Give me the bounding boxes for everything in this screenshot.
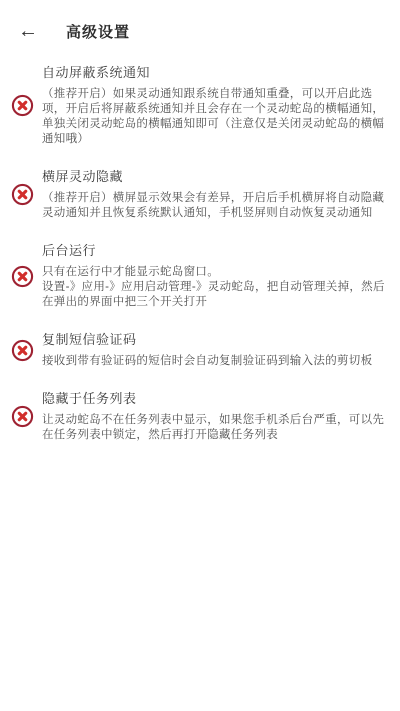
setting-title: 隐藏于任务列表 [42, 390, 388, 407]
setting-description: （推荐开启）如果灵动通知跟系统自带通知重叠，可以开启此选项，开启后将屏蔽系统通知… [42, 87, 388, 147]
setting-title: 复制短信验证码 [42, 331, 388, 348]
setting-description: 让灵动蛇岛不在任务列表中显示，如果您手机杀后台严重，可以先在任务列表中锁定，然后… [42, 413, 388, 443]
setting-title: 自动屏蔽系统通知 [42, 64, 388, 81]
setting-title: 横屏灵动隐藏 [42, 168, 388, 185]
setting-item-hide-from-recents[interactable]: 隐藏于任务列表 让灵动蛇岛不在任务列表中显示，如果您手机杀后台严重，可以先在任务… [0, 390, 400, 443]
setting-item-copy-sms-code[interactable]: 复制短信验证码 接收到带有验证码的短信时会自动复制验证码到输入法的剪切板 [0, 331, 400, 369]
setting-description: （推荐开启）横屏显示效果会有差异，开启后手机横屏将自动隐藏灵动通知并且恢复系统默… [42, 191, 388, 221]
setting-item-background-run[interactable]: 后台运行 只有在运行中才能显示蛇岛窗口。 设置-》应用-》应用启动管理-》灵动蛇… [0, 242, 400, 310]
x-mark [19, 347, 26, 354]
circle-x-icon [10, 183, 34, 207]
settings-list: 自动屏蔽系统通知 （推荐开启）如果灵动通知跟系统自带通知重叠，可以开启此选项，开… [0, 56, 400, 443]
circle-x-icon [10, 94, 34, 118]
setting-title: 后台运行 [42, 242, 388, 259]
setting-item-auto-block-notifications[interactable]: 自动屏蔽系统通知 （推荐开启）如果灵动通知跟系统自带通知重叠，可以开启此选项，开… [0, 64, 400, 147]
app-bar: ← 高级设置 [0, 0, 400, 56]
x-mark [19, 102, 26, 109]
x-mark [19, 273, 26, 280]
circle-x-icon [10, 338, 34, 362]
back-arrow-icon[interactable]: ← [16, 19, 40, 43]
setting-description: 接收到带有验证码的短信时会自动复制验证码到输入法的剪切板 [42, 354, 388, 369]
setting-item-landscape-hide[interactable]: 横屏灵动隐藏 （推荐开启）横屏显示效果会有差异，开启后手机横屏将自动隐藏灵动通知… [0, 168, 400, 221]
setting-description: 只有在运行中才能显示蛇岛窗口。 设置-》应用-》应用启动管理-》灵动蛇岛，把自动… [42, 265, 388, 310]
x-mark [19, 413, 26, 420]
page-title: 高级设置 [66, 21, 130, 42]
circle-x-icon [10, 264, 34, 288]
circle-x-icon [10, 405, 34, 429]
x-mark [19, 191, 26, 198]
